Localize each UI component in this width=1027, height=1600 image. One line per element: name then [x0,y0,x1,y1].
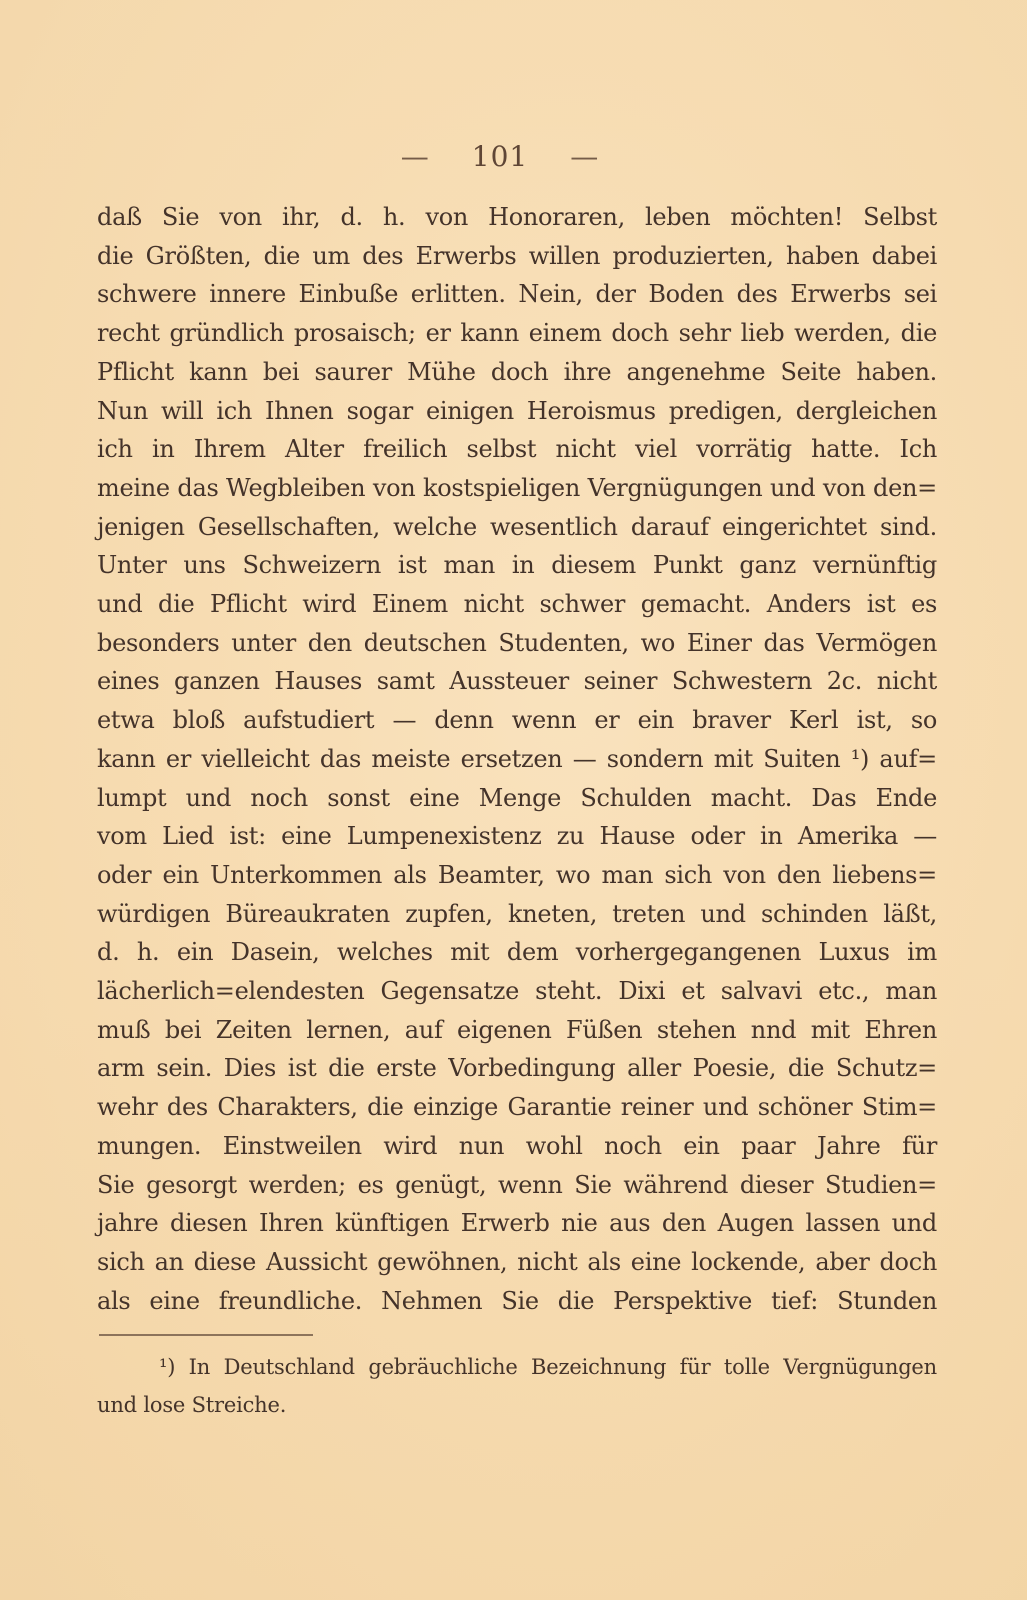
footnote: ¹) In Deutschland gebräuchliche Bezeichn… [97,1334,937,1424]
page-header: — 101 — [0,140,1000,173]
footnote-line: und lose Streiche. [97,1386,937,1424]
text-line: Pflicht kann bei saurer Mühe doch ihre a… [97,353,937,392]
header-left-dash: — [401,140,430,173]
header-right-dash: — [570,140,599,173]
text-line: mungen. Einstweilen wird nun wohl noch e… [97,1127,937,1166]
text-line: Unter uns Schweizern ist man in diesem P… [97,546,937,585]
text-line: lumpt und noch sonst eine Menge Schulden… [97,779,937,818]
text-line: wehr des Charakters, die einzige Garanti… [97,1088,937,1127]
text-line: schwere innere Einbuße erlitten. Nein, d… [97,275,937,314]
text-line: meine das Wegbleiben von kostspieligen V… [97,469,937,508]
footnote-line: ¹) In Deutschland gebräuchliche Bezeichn… [97,1348,937,1386]
text-line: arm sein. Dies ist die erste Vorbedingun… [97,1049,937,1088]
text-line: oder ein Unterkommen als Beamter, wo man… [97,856,937,895]
text-line: würdigen Büreaukraten zupfen, kneten, tr… [97,895,937,934]
text-line: und die Pflicht wird Einem nicht schwer … [97,585,937,624]
book-page-scan: — 101 — daß Sie von ihr, d. h. von Honor… [0,0,1027,1600]
text-line: besonders unter den deutschen Studenten,… [97,624,937,663]
body-text: daß Sie von ihr, d. h. von Honoraren, le… [97,198,937,1320]
text-line: ich in Ihrem Alter freilich selbst nicht… [97,430,937,469]
text-line: daß Sie von ihr, d. h. von Honoraren, le… [97,198,937,237]
text-line: als eine freundliche. Nehmen Sie die Per… [97,1282,937,1321]
page-number: 101 [472,140,528,173]
text-line: lächerlich=elendesten Gegensatze steht. … [97,972,937,1011]
text-line: sich an diese Aussicht gewöhnen, nicht a… [97,1243,937,1282]
text-line: jenigen Gesellschaften, welche wesentlic… [97,508,937,547]
text-line: jahre diesen Ihren künftigen Erwerb nie … [97,1204,937,1243]
text-line: Sie gesorgt werden; es genügt, wenn Sie … [97,1166,937,1205]
text-line: d. h. ein Dasein, welches mit dem vorher… [97,933,937,972]
text-line: Nun will ich Ihnen sogar einigen Heroism… [97,392,937,431]
text-line: die Größten, die um des Erwerbs willen p… [97,237,937,276]
text-line: recht gründlich prosaisch; er kann einem… [97,314,937,353]
text-line: kann er vielleicht das meiste ersetzen —… [97,740,937,779]
text-line: eines ganzen Hauses samt Aussteuer seine… [97,662,937,701]
footnote-separator [99,1334,313,1336]
text-line: muß bei Zeiten lernen, auf eigenen Füßen… [97,1011,937,1050]
text-line: vom Lied ist: eine Lumpenexistenz zu Hau… [97,817,937,856]
text-line: etwa bloß aufstudiert — denn wenn er ein… [97,701,937,740]
